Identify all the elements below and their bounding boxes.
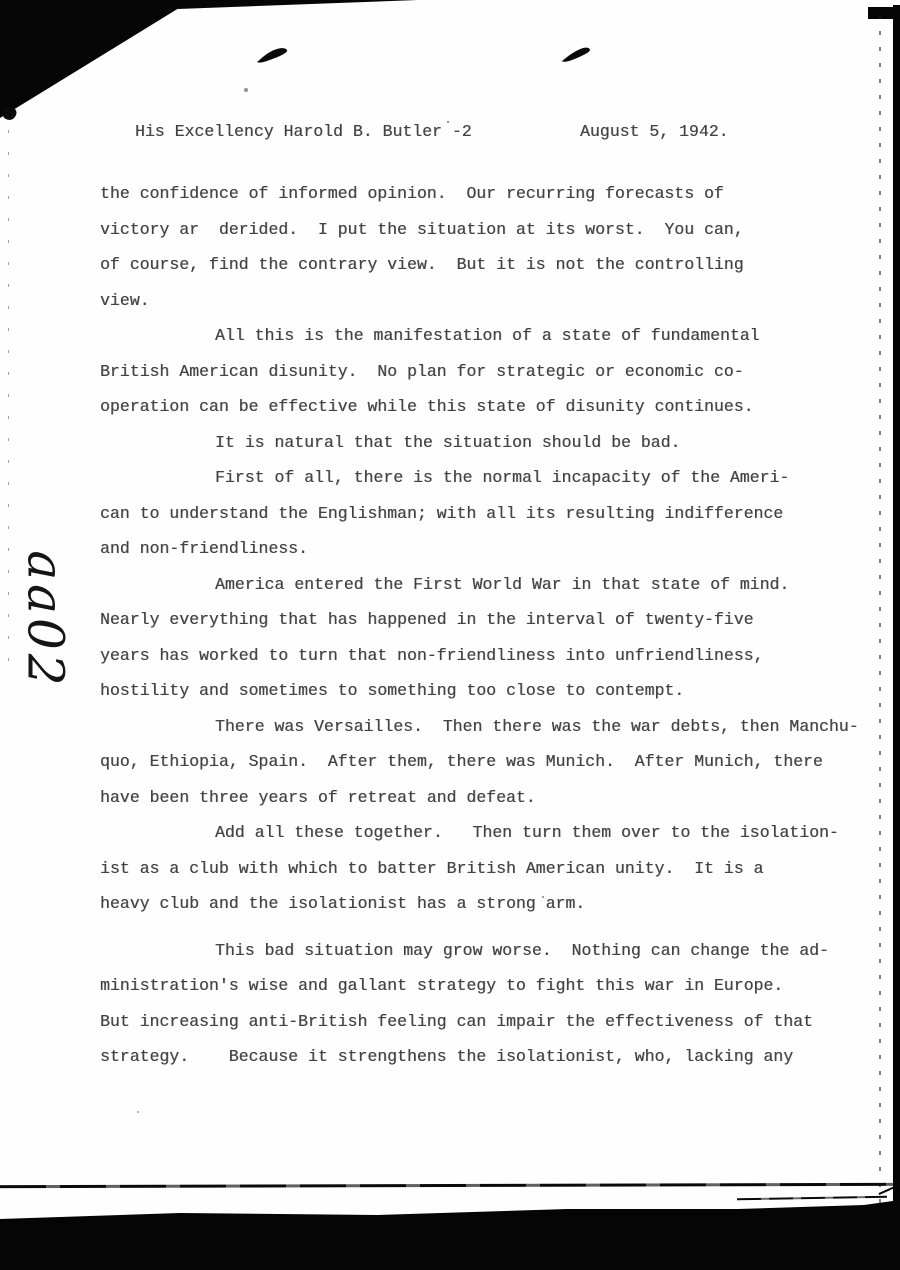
paragraph-6: There was Versailles. Then there was the… [100,709,860,816]
paragraph-8: This bad situation may grow worse. Nothi… [100,933,860,1075]
bottom-scan-band [0,1200,900,1270]
margin-annotation-handwritten: aa02 [16,543,76,698]
addressee-line: His Excellency Harold B. Butler -2 [135,122,472,141]
bottom-short-scratch-line [737,1196,887,1201]
left-dotted-edge-line [8,130,9,670]
date-line: August 5, 1942. [580,122,729,141]
letter-body: the confidence of informed opinion. Our … [100,176,860,1075]
right-edge-scan-strip [893,5,900,1270]
corner-fold-sliver-artifact [178,0,418,9]
paragraph-2: All this is the manifestation of a state… [100,318,860,425]
corner-fold-artifact [0,0,192,118]
scanned-letter-page: His Excellency Harold B. Butler -2 Augus… [0,0,900,1270]
letter-header: His Excellency Harold B. Butler -2 Augus… [0,122,900,144]
bottom-scratch-line [0,1183,900,1188]
paragraph-4: First of all, there is the normal incapa… [100,460,860,567]
right-dotted-edge-line [879,15,881,1205]
right-edge-notch [868,7,894,19]
paragraph-7: Add all these together. Then turn them o… [100,815,860,922]
ink-smudge-mark-right [560,45,592,65]
paragraph-5: America entered the First World War in t… [100,567,860,709]
paragraph-1: the confidence of informed opinion. Our … [100,176,860,318]
paragraph-3: It is natural that the situation should … [100,425,860,461]
ink-smudge-mark-left [255,45,289,67]
